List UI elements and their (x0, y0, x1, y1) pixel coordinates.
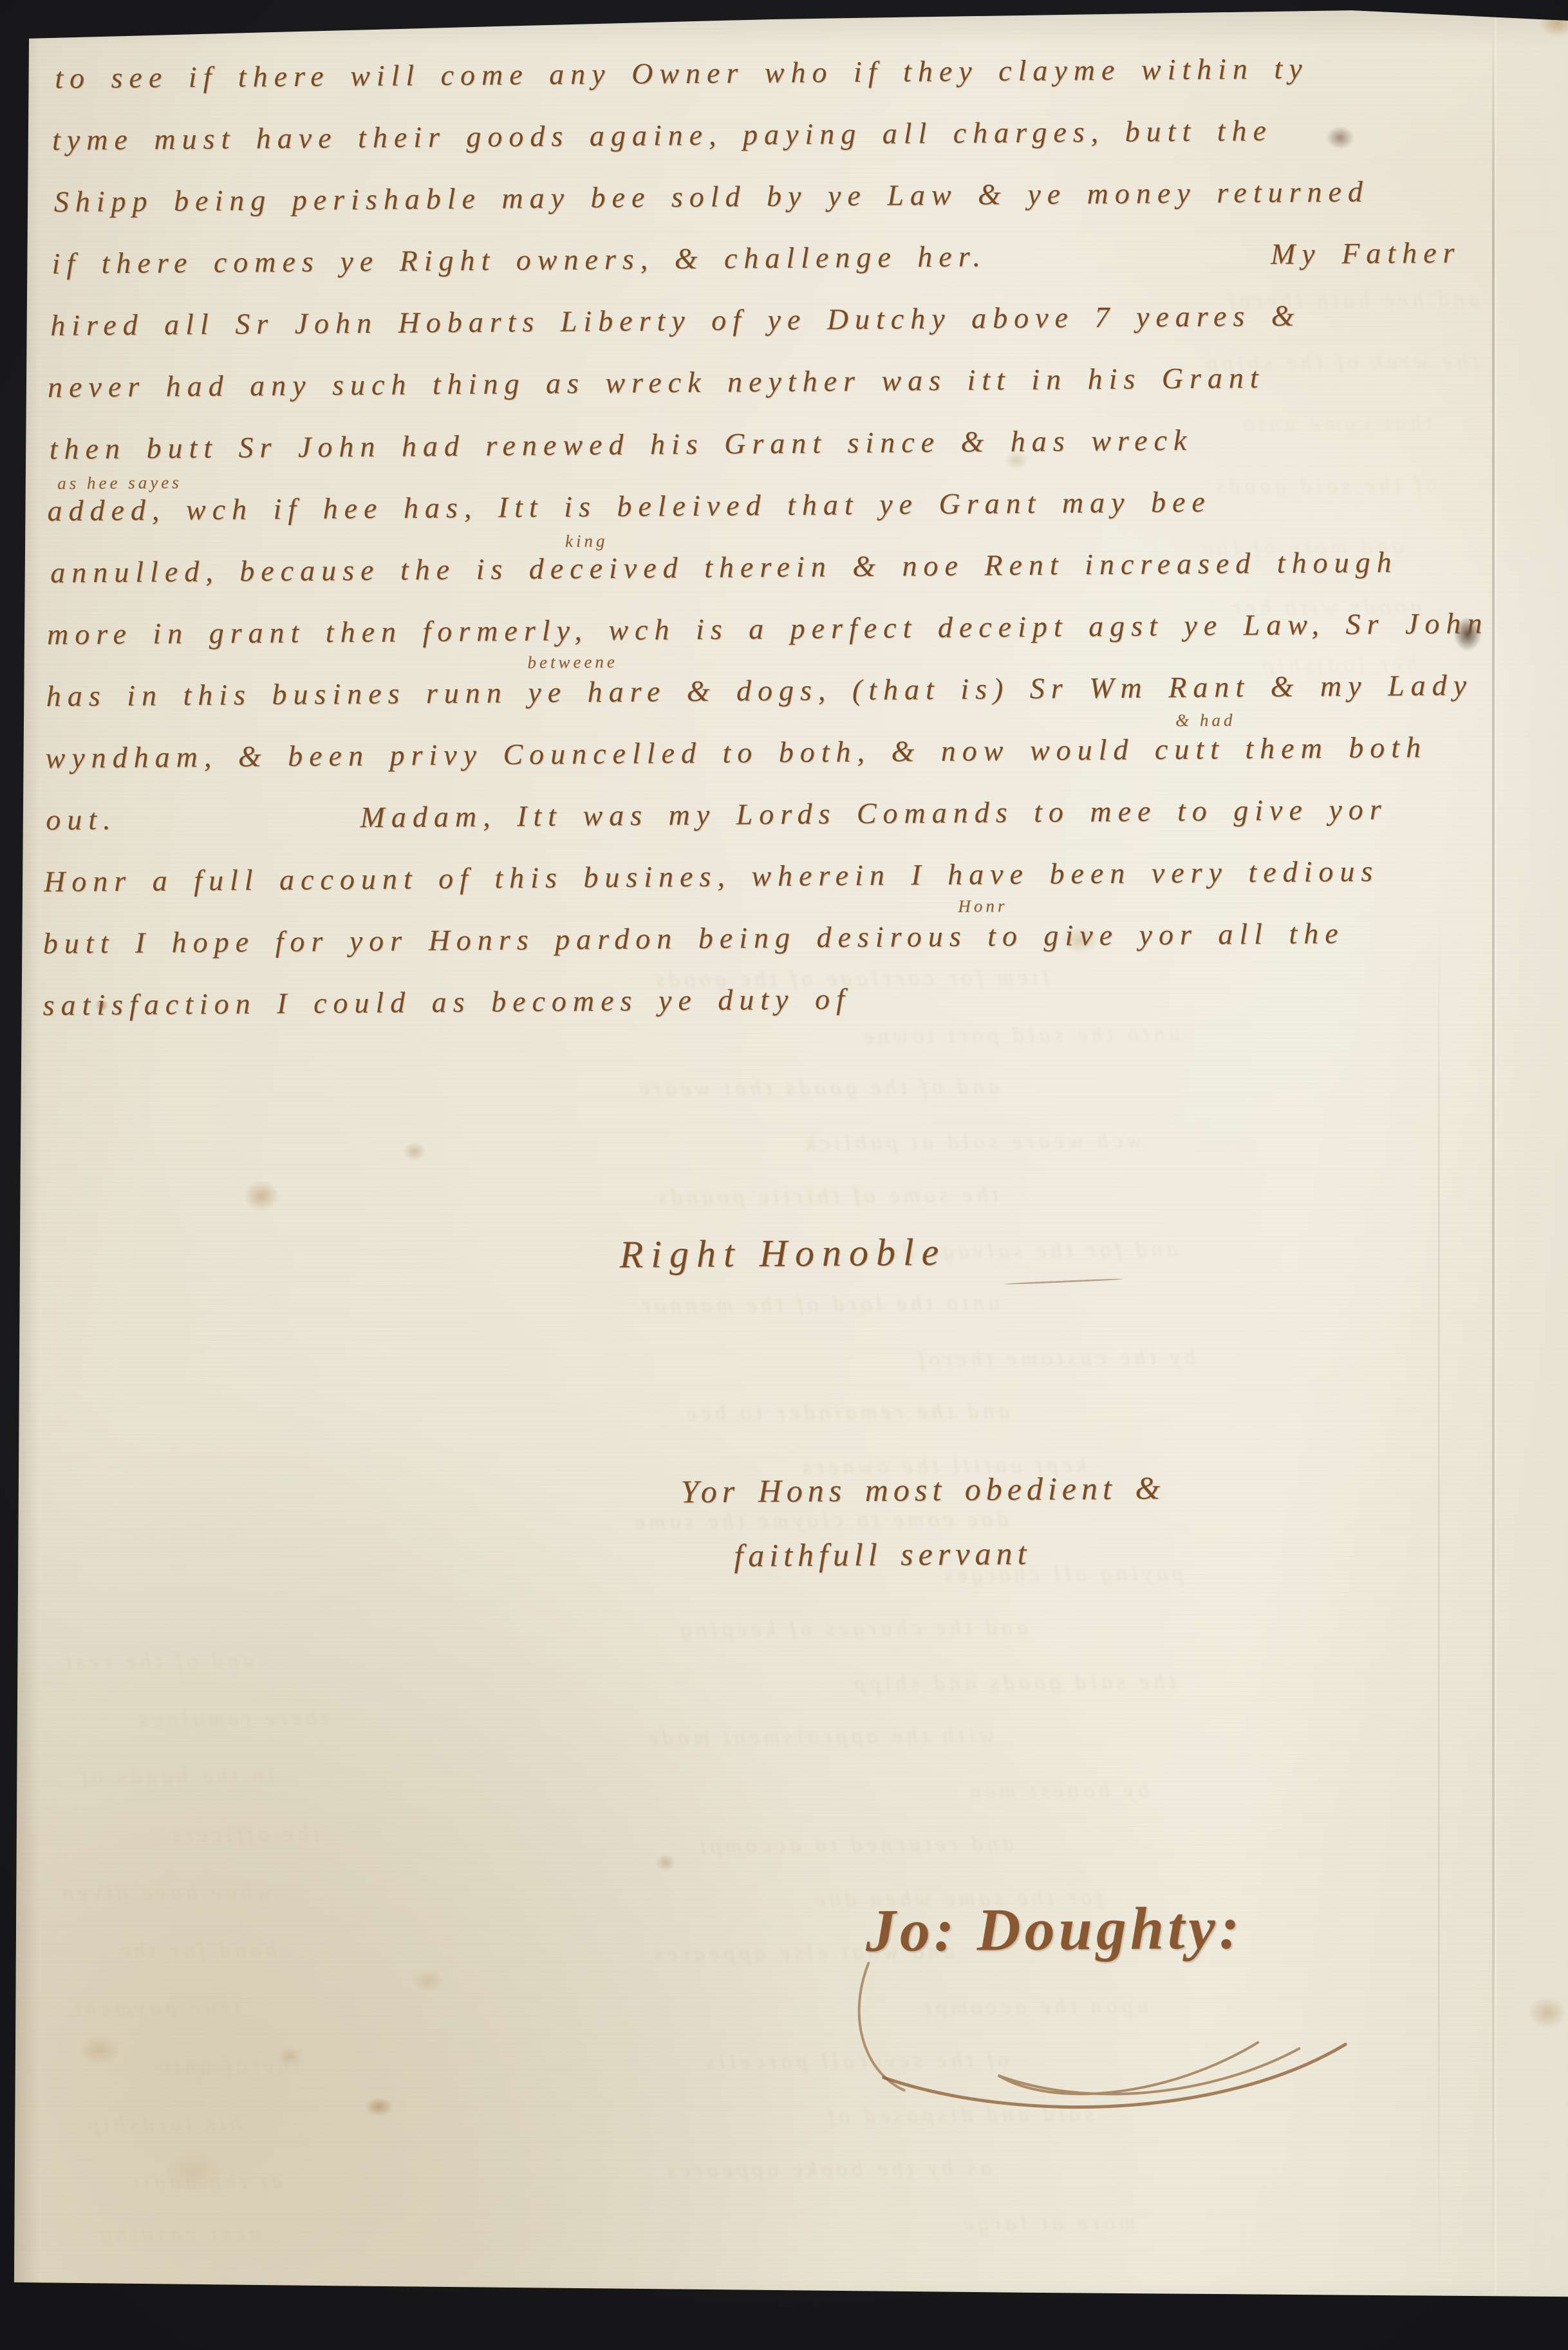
letter-line: has in this busines runn ye hare & dogs,… (46, 668, 1473, 713)
signature: Jo: Doughty: (865, 1893, 1243, 1966)
letter-line: if there comes ye Right owners, & challe… (51, 236, 1461, 281)
letter-line: never had any such thing as wreck neythe… (48, 360, 1265, 404)
interline-insertion: betweene (527, 652, 618, 673)
letter-line: tyme must have their goods againe, payin… (52, 113, 1273, 157)
letter-line: to see if there will come any Owner who … (55, 51, 1309, 95)
letter-line: butt I hope for yor Honrs pardon being d… (43, 916, 1345, 960)
letter-line: out. Madam, Itt was my Lords Comands to … (46, 792, 1388, 837)
letter-ink-layer: to see if there will come any Owner who … (0, 0, 1568, 2350)
interline-insertion: as hee sayes (57, 472, 182, 494)
interline-insertion: king (565, 531, 608, 552)
letter-line: then butt Sr John had renewed his Grant … (50, 423, 1193, 466)
interline-insertion: & had (1175, 710, 1236, 731)
letter-line: wyndham, & been privy Councelled to both… (45, 730, 1427, 775)
letter-page: and hee hath therofthe wrek of the shipp… (0, 0, 1568, 2350)
letter-line: more in grant then formerly, wch is a pe… (47, 606, 1489, 651)
interline-insertion: Honr (958, 896, 1007, 917)
letter-line: Shipp being perishable may bee sold by y… (54, 174, 1370, 219)
letter-line: satisfaction I could as becomes ye duty … (42, 982, 851, 1022)
letter-line: Honr a full account of this busines, whe… (44, 854, 1379, 899)
letter-line: hired all Sr John Hobarts Liberty of ye … (50, 299, 1301, 342)
valediction-line-2: faithfull servant (734, 1534, 1031, 1574)
valediction-line-1: Yor Hons most obedient & (680, 1469, 1165, 1510)
letter-line: annulled, because the is deceived therei… (50, 545, 1398, 589)
manuscript-photo: and hee hath therofthe wrek of the shipp… (0, 0, 1568, 2350)
salutation: Right Honoble (619, 1230, 946, 1277)
salutation-flourish (1004, 1278, 1123, 1285)
letter-line: added, wch if hee has, Itt is beleived t… (47, 485, 1211, 528)
